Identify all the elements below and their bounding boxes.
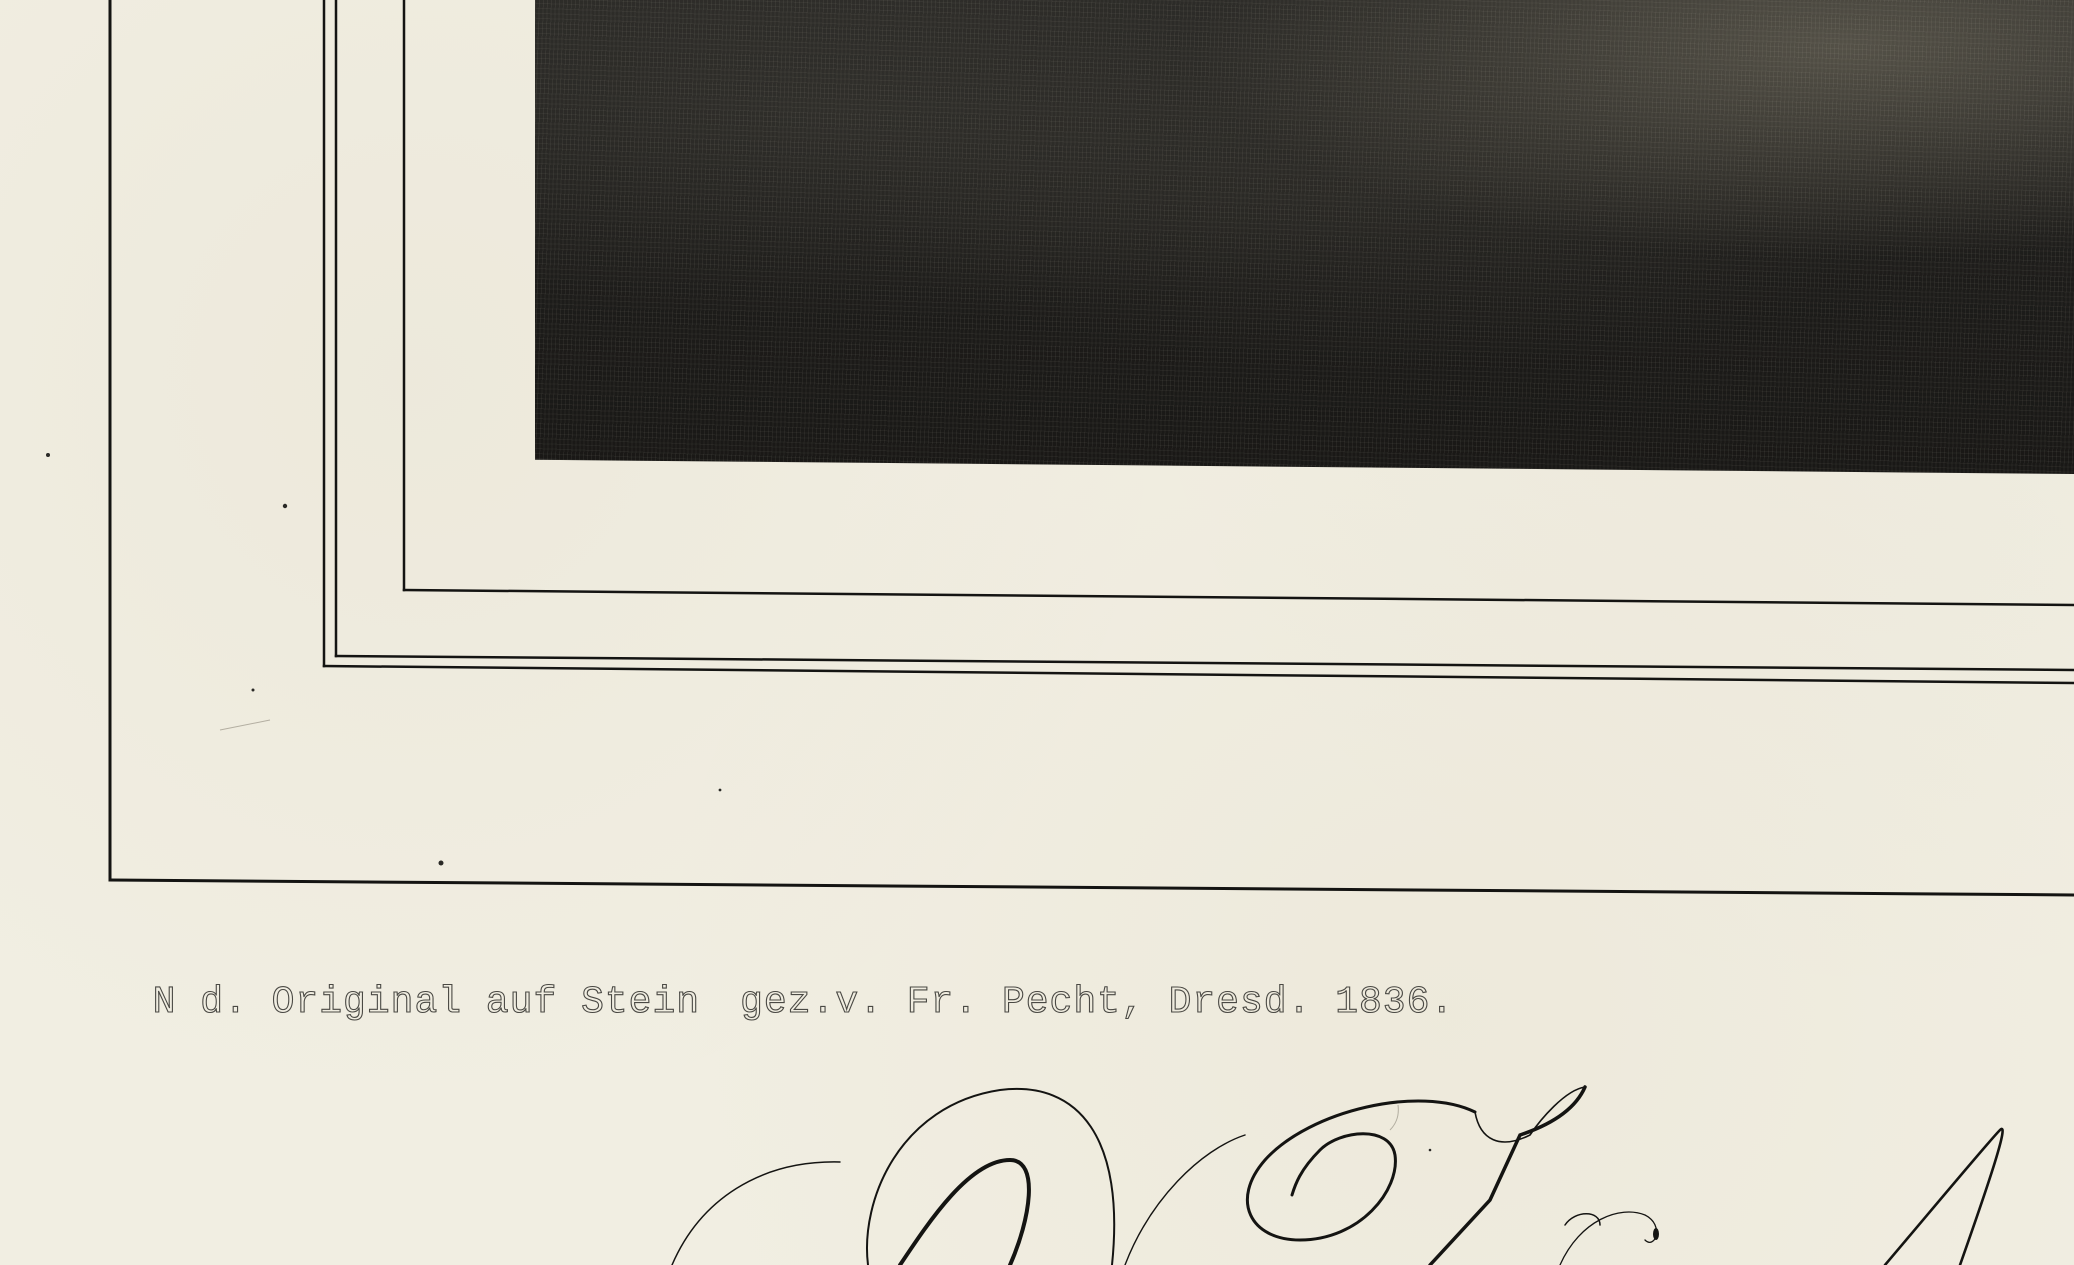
signature-flourish <box>0 0 2074 1265</box>
